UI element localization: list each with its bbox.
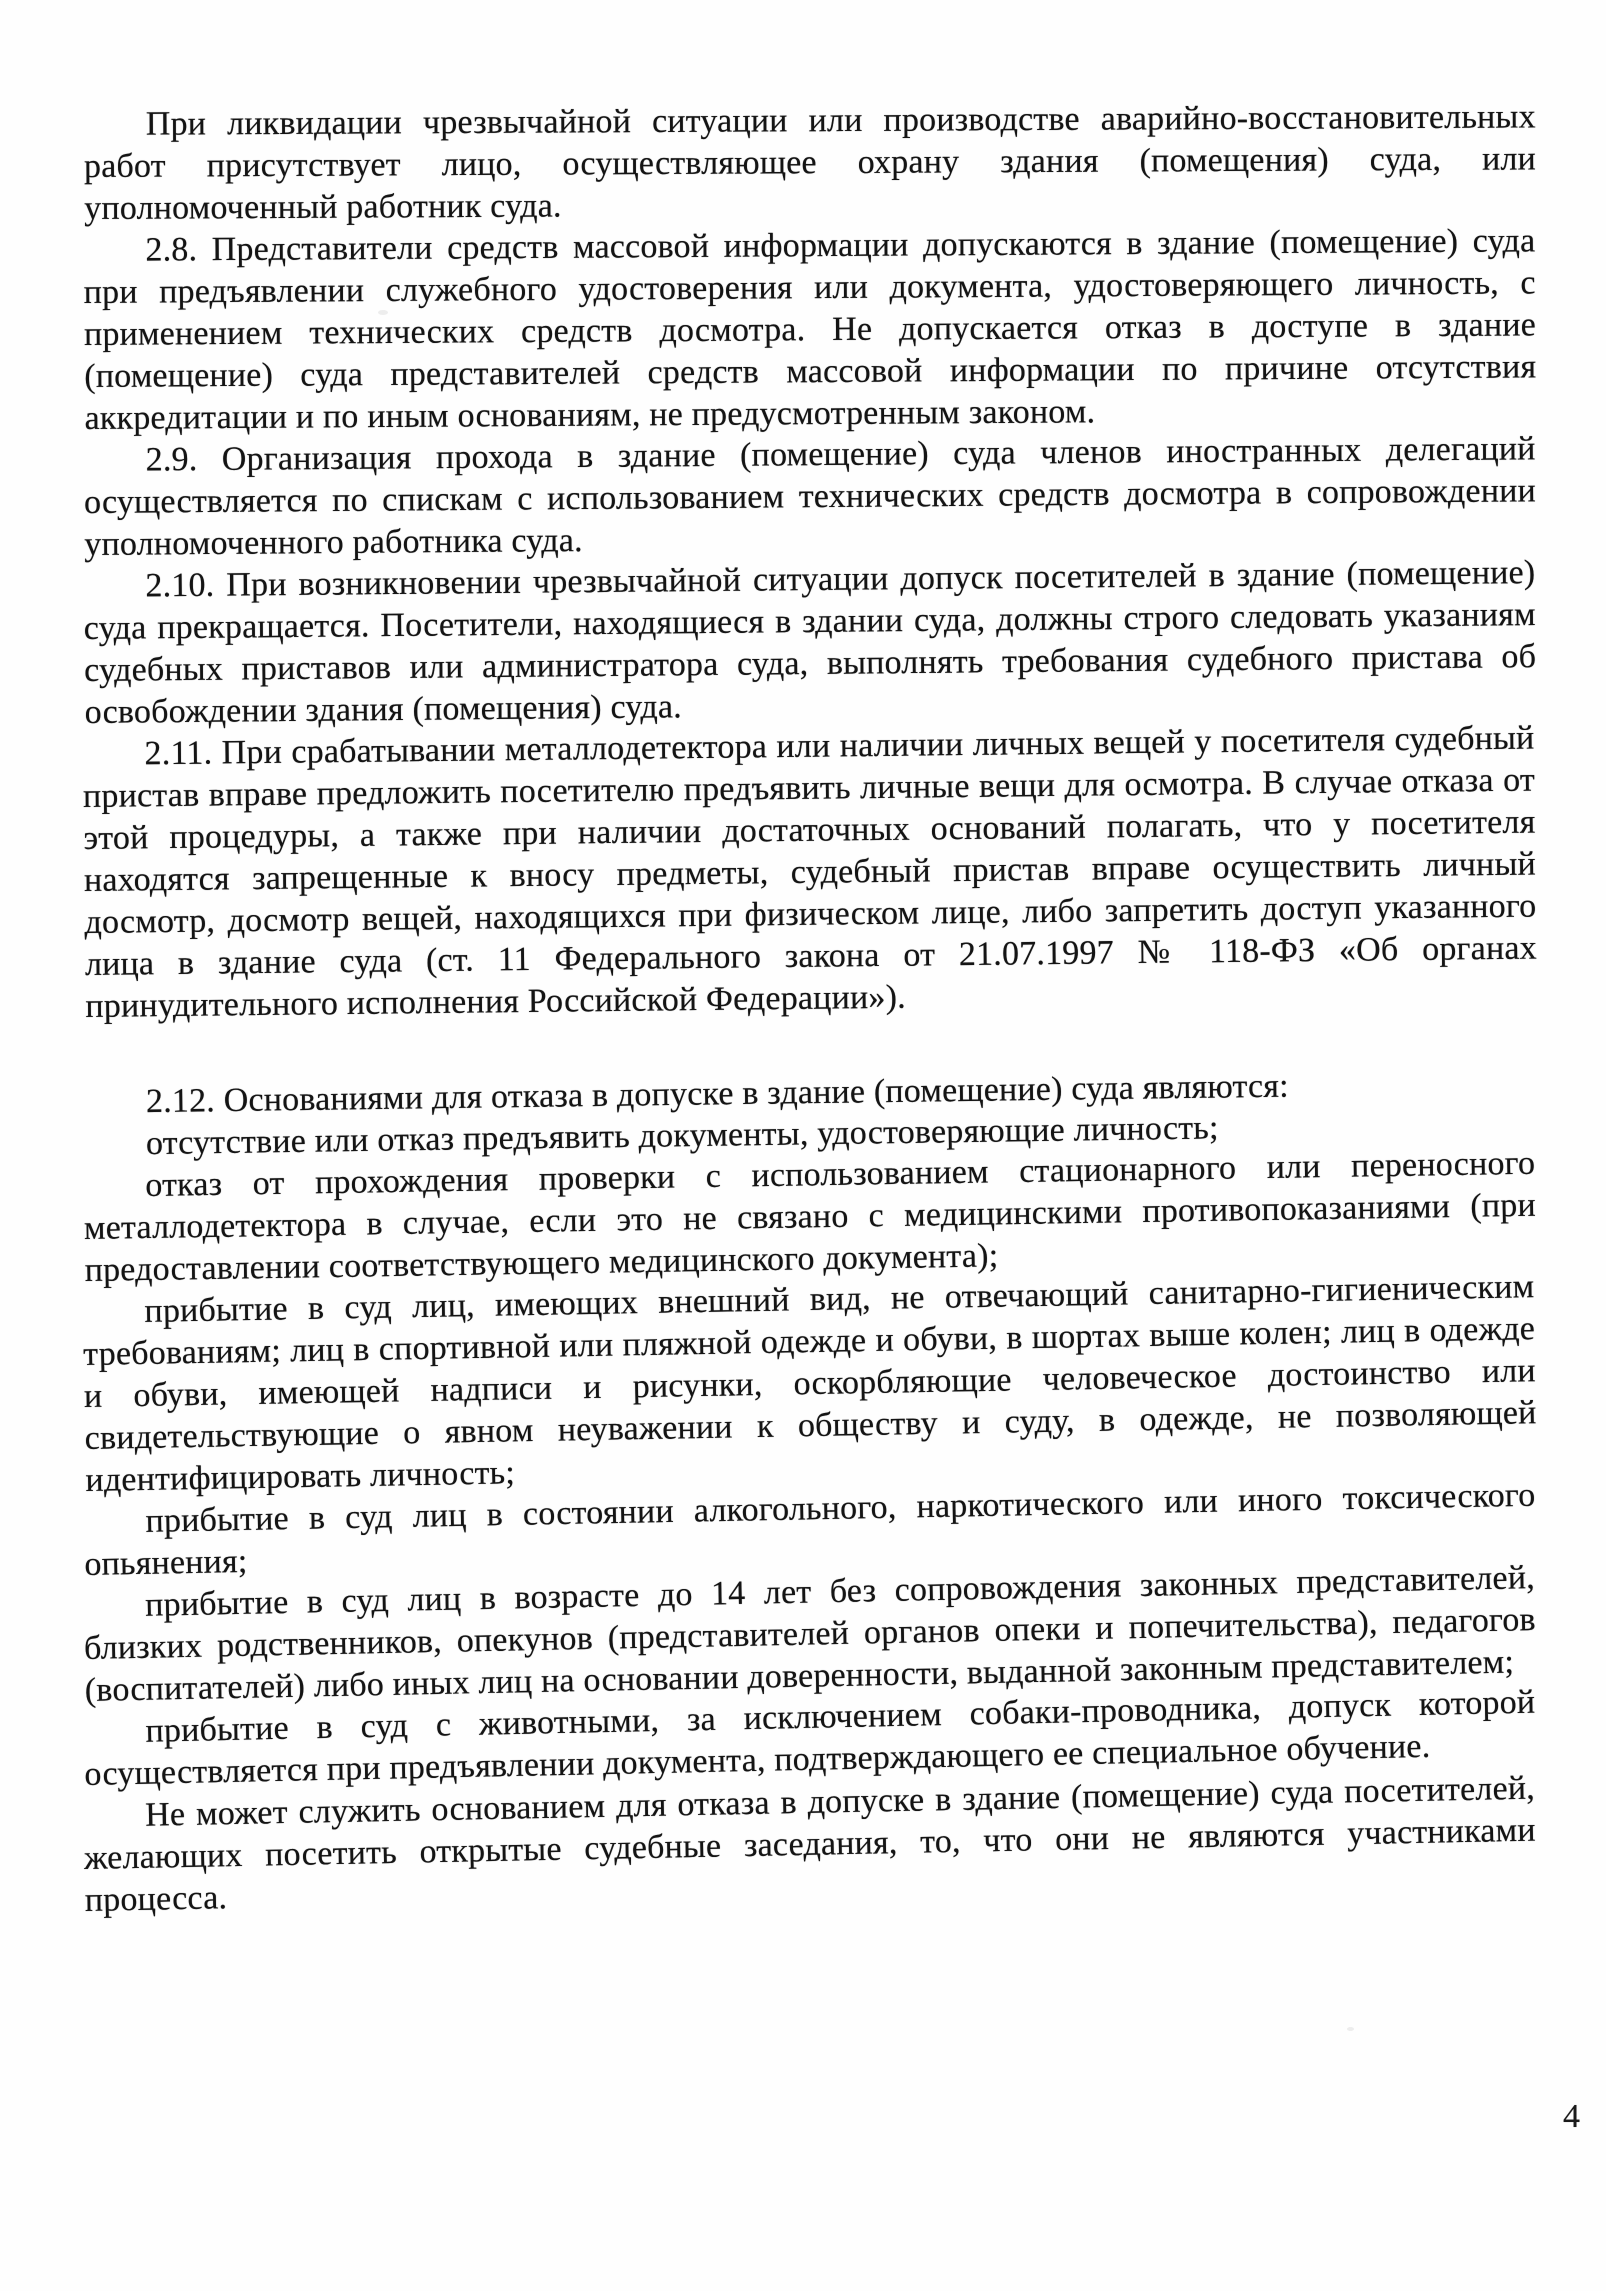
paragraph-2-10-emergency-access: 2.10. При возникновении чрезвычайной сит…: [83, 552, 1537, 734]
page-number: 4: [1563, 2098, 1580, 2136]
paragraph-intro-emergency: При ликвидации чрезвычайной ситуации или…: [84, 96, 1537, 230]
scan-speck: [1347, 2027, 1354, 2031]
paragraph-open-hearings-note: Не может служить основанием для отказа в…: [83, 1768, 1537, 1922]
paragraph-2-9-delegations: 2.9. Организация прохода в здание (помещ…: [83, 428, 1536, 566]
scan-speck: [378, 310, 388, 315]
paragraph-refusal-appearance: прибытие в суд лиц, имеющих внешний вид,…: [82, 1266, 1538, 1502]
document-text-block: При ликвидации чрезвычайной ситуации или…: [84, 104, 1536, 1922]
document-page: При ликвидации чрезвычайной ситуации или…: [0, 0, 1606, 2291]
paragraph-2-8-media: 2.8. Представители средств массовой инфо…: [83, 220, 1536, 440]
paragraph-2-11-metal-detector: 2.11. При срабатывании металлодетектора …: [82, 718, 1537, 1028]
